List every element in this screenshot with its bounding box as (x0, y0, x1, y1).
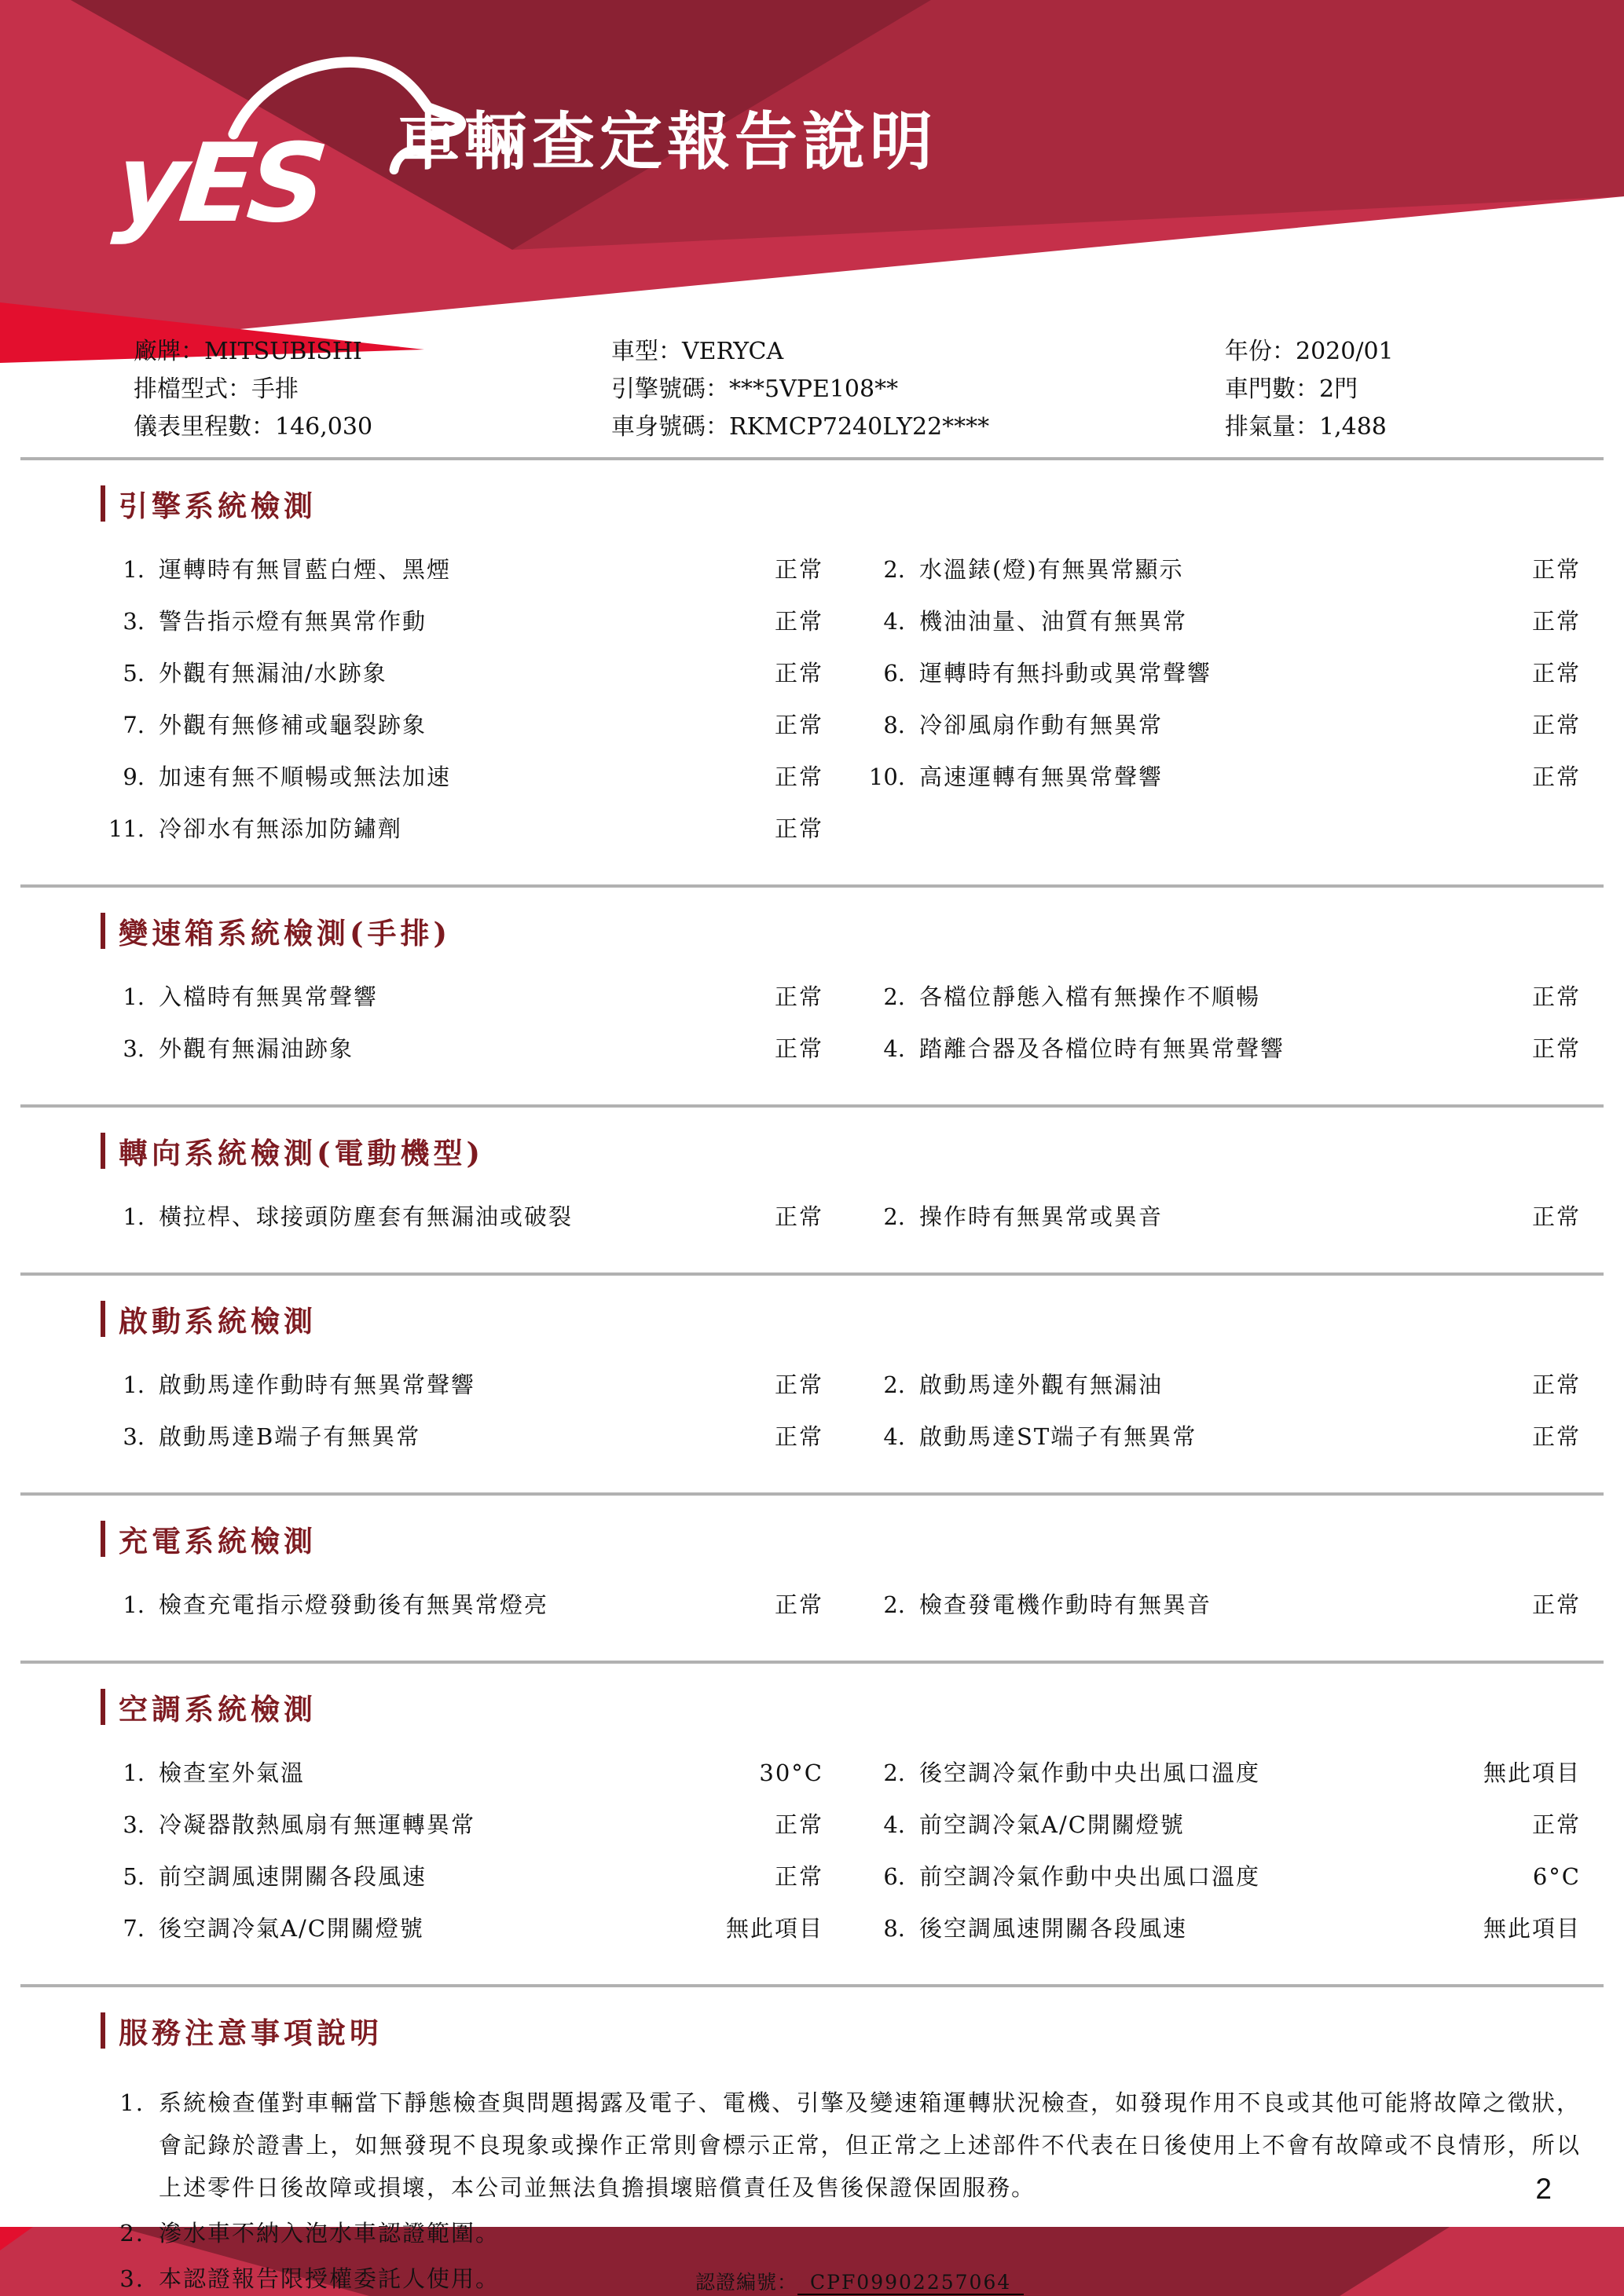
check-item-row: 1.入檔時有無異常聲響正常2.各檔位靜態入檔有無操作不順暢正常 (101, 982, 1581, 1012)
vehicle-info-value: VERYCA (682, 338, 783, 365)
item-text: 前空調風速開關各段風速 (145, 1862, 674, 1891)
section-title-row: 空調系統檢測 (101, 1686, 1581, 1728)
column-spacer (823, 982, 866, 1012)
item-status: 正常 (1477, 658, 1581, 688)
section-title: 引擎系統檢測 (119, 482, 317, 525)
item-text (905, 814, 1477, 844)
vehicle-info-label: 引擎號碼： (611, 375, 729, 403)
check-item-row: 5.前空調風速開關各段風速正常6.前空調冷氣作動中央出風口溫度6°C (101, 1862, 1581, 1891)
check-item-row: 7.後空調冷氣A/C開關燈號無此項目8.後空調風速開關各段風速無此項目 (101, 1913, 1581, 1943)
item-text: 操作時有無異常或異音 (905, 1202, 1477, 1232)
item-status: 無此項目 (1477, 1913, 1581, 1943)
service-notes-section: 服務注意事項說明 1.系統檢查僅對車輛當下靜態檢查與問題揭露及電子、電機、引擎及… (0, 2009, 1624, 2296)
check-item-row: 1.橫拉桿、球接頭防塵套有無漏油或破裂正常2.操作時有無異常或異音正常 (101, 1202, 1581, 1232)
item-status: 30°C (674, 1758, 823, 1788)
note-item: 1.系統檢查僅對車輛當下靜態檢查與問題揭露及電子、電機、引擎及變速箱運轉狀況檢查… (101, 2082, 1581, 2209)
item-status: 無此項目 (1477, 1758, 1581, 1788)
item-text: 機油油量、油質有無異常 (905, 606, 1477, 636)
item-number: 6. (866, 658, 905, 688)
vehicle-info-value: 2020/01 (1296, 338, 1394, 365)
check-section: 引擎系統檢測1.運轉時有無冒藍白煙、黑煙正常2.水溫錶(燈)有無異常顯示正常3.… (0, 482, 1624, 884)
item-text: 檢查發電機作動時有無異音 (905, 1590, 1477, 1620)
item-status: 6°C (1477, 1862, 1581, 1891)
item-status (1477, 814, 1581, 844)
note-number: 3. (101, 2258, 145, 2296)
item-number: 4. (866, 1810, 905, 1840)
note-text: 滲水車不納入泡水車認證範圍。 (159, 2220, 500, 2247)
item-status: 正常 (674, 762, 823, 792)
column-spacer (823, 555, 866, 584)
item-text: 後空調冷氣A/C開關燈號 (145, 1913, 674, 1943)
item-status: 正常 (674, 1370, 823, 1400)
logo-text: yES (111, 130, 326, 238)
section-title-row: 充電系統檢測 (101, 1518, 1581, 1560)
item-number: 2. (866, 1590, 905, 1620)
vehicle-info-label: 車型： (611, 338, 682, 365)
note-text: 系統檢查僅對車輛當下靜態檢查與問題揭露及電子、電機、引擎及變速箱運轉狀況檢查，如… (159, 2089, 1581, 2201)
item-number: 9. (101, 762, 145, 792)
item-number: 2. (866, 555, 905, 584)
vehicle-info-label: 排氣量： (1225, 413, 1319, 441)
item-number: 1. (101, 1370, 145, 1400)
item-status: 正常 (674, 982, 823, 1012)
item-number: 4. (866, 1034, 905, 1064)
item-text: 檢查充電指示燈發動後有無異常燈亮 (145, 1590, 674, 1620)
vehicle-info-value: 146,030 (275, 413, 372, 441)
item-text: 高速運轉有無異常聲響 (905, 762, 1477, 792)
item-text: 橫拉桿、球接頭防塵套有無漏油或破裂 (145, 1202, 674, 1232)
section-title: 服務注意事項說明 (119, 2009, 383, 2052)
item-status: 正常 (1477, 1422, 1581, 1452)
vehicle-info-field: 引擎號碼：***5VPE108** (611, 371, 1225, 408)
section-title-row: 引擎系統檢測 (101, 482, 1581, 525)
section-title-row: 啟動系統檢測 (101, 1298, 1581, 1340)
vehicle-info-field: 車門數：2門 (1225, 371, 1581, 408)
check-item-row: 9.加速有無不順暢或無法加速正常10.高速運轉有無異常聲響正常 (101, 762, 1581, 792)
inspection-report-page: yES 車輛查定報告說明 廠牌：MITSUBISHI車型：VERYCA年份：20… (0, 0, 1624, 2296)
check-item-row: 3.警告指示燈有無異常作動正常4.機油油量、油質有無異常正常 (101, 606, 1581, 636)
vehicle-info-value: 手排 (251, 375, 299, 403)
column-spacer (823, 1370, 866, 1400)
vehicle-info-label: 廠牌： (134, 338, 204, 365)
check-section: 轉向系統檢測(電動機型)1.橫拉桿、球接頭防塵套有無漏油或破裂正常2.操作時有無… (0, 1130, 1624, 1273)
notes-list: 1.系統檢查僅對車輛當下靜態檢查與問題揭露及電子、電機、引擎及變速箱運轉狀況檢查… (101, 2082, 1581, 2296)
section-title: 充電系統檢測 (119, 1518, 317, 1560)
item-number: 1. (101, 982, 145, 1012)
section-divider (20, 1984, 1604, 1987)
check-item-row: 5.外觀有無漏油/水跡象正常6.運轉時有無抖動或異常聲響正常 (101, 658, 1581, 688)
check-item-row: 1.檢查充電指示燈發動後有無異常燈亮正常2.檢查發電機作動時有無異音正常 (101, 1590, 1581, 1620)
item-status: 正常 (674, 1810, 823, 1840)
section-divider (20, 1104, 1604, 1108)
check-sections: 引擎系統檢測1.運轉時有無冒藍白煙、黑煙正常2.水溫錶(燈)有無異常顯示正常3.… (0, 457, 1624, 1984)
item-status: 正常 (674, 1590, 823, 1620)
vehicle-info-field: 儀表里程數：146,030 (134, 408, 611, 446)
item-status: 正常 (1477, 1034, 1581, 1064)
item-status: 正常 (674, 606, 823, 636)
section-title: 變速箱系統檢測(手排) (119, 910, 451, 952)
item-status: 正常 (1477, 710, 1581, 740)
item-number: 2. (866, 1758, 905, 1788)
item-text: 加速有無不順暢或無法加速 (145, 762, 674, 792)
item-text: 前空調冷氣作動中央出風口溫度 (905, 1862, 1477, 1891)
item-text: 運轉時有無冒藍白煙、黑煙 (145, 555, 674, 584)
vehicle-info-value: 2門 (1319, 375, 1358, 403)
item-text: 水溫錶(燈)有無異常顯示 (905, 555, 1477, 584)
column-spacer (823, 814, 866, 844)
check-section: 變速箱系統檢測(手排)1.入檔時有無異常聲響正常2.各檔位靜態入檔有無操作不順暢… (0, 910, 1624, 1104)
item-text: 前空調冷氣A/C開關燈號 (905, 1810, 1477, 1840)
check-section: 充電系統檢測1.檢查充電指示燈發動後有無異常燈亮正常2.檢查發電機作動時有無異音… (0, 1518, 1624, 1661)
item-text: 冷卻水有無添加防鏽劑 (145, 814, 674, 844)
item-text: 啟動馬達作動時有無異常聲響 (145, 1370, 674, 1400)
item-status: 正常 (1477, 762, 1581, 792)
item-text: 啟動馬達ST端子有無異常 (905, 1422, 1477, 1452)
item-number: 2. (866, 1370, 905, 1400)
item-text: 踏離合器及各檔位時有無異常聲響 (905, 1034, 1477, 1064)
section-divider (20, 1661, 1604, 1664)
item-status: 正常 (1477, 1202, 1581, 1232)
item-status: 正常 (1477, 555, 1581, 584)
item-status: 正常 (1477, 1810, 1581, 1840)
report-body: 廠牌：MITSUBISHI車型：VERYCA年份：2020/01排檔型式：手排引… (0, 0, 1624, 2296)
item-number: 6. (866, 1862, 905, 1891)
item-text: 入檔時有無異常聲響 (145, 982, 674, 1012)
check-item-row: 3.啟動馬達B端子有無異常正常4.啟動馬達ST端子有無異常正常 (101, 1422, 1581, 1452)
check-item-row: 1.檢查室外氣溫30°C2.後空調冷氣作動中央出風口溫度無此項目 (101, 1758, 1581, 1788)
column-spacer (823, 710, 866, 740)
check-item-row: 3.外觀有無漏油跡象正常4.踏離合器及各檔位時有無異常聲響正常 (101, 1034, 1581, 1064)
check-item-row: 1.運轉時有無冒藍白煙、黑煙正常2.水溫錶(燈)有無異常顯示正常 (101, 555, 1581, 584)
item-text: 檢查室外氣溫 (145, 1758, 674, 1788)
vehicle-info-field: 年份：2020/01 (1225, 333, 1581, 371)
section-title-row: 變速箱系統檢測(手排) (101, 910, 1581, 952)
column-spacer (823, 1862, 866, 1891)
item-number: 5. (101, 658, 145, 688)
item-text: 啟動馬達B端子有無異常 (145, 1422, 674, 1452)
item-number: 3. (101, 1810, 145, 1840)
check-item-row: 1.啟動馬達作動時有無異常聲響正常2.啟動馬達外觀有無漏油正常 (101, 1370, 1581, 1400)
yes-logo: yES (116, 55, 431, 232)
item-number: 4. (866, 1422, 905, 1452)
column-spacer (823, 1422, 866, 1452)
vehicle-info-label: 年份： (1225, 338, 1296, 365)
item-text: 後空調風速開關各段風速 (905, 1913, 1477, 1943)
section-title-bar (101, 913, 105, 949)
item-status: 正常 (674, 1202, 823, 1232)
item-status: 正常 (1477, 982, 1581, 1012)
item-status: 正常 (1477, 1370, 1581, 1400)
column-spacer (823, 1758, 866, 1788)
item-status: 無此項目 (674, 1913, 823, 1943)
item-status: 正常 (1477, 606, 1581, 636)
section-title-bar (101, 1689, 105, 1725)
item-status: 正常 (674, 1422, 823, 1452)
column-spacer (823, 1202, 866, 1232)
section-title-bar (101, 1521, 105, 1557)
section-divider (20, 457, 1604, 460)
item-number: 10. (866, 762, 905, 792)
item-number: 4. (866, 606, 905, 636)
item-number: 5. (101, 1862, 145, 1891)
section-title: 空調系統檢測 (119, 1686, 317, 1728)
column-spacer (823, 658, 866, 688)
check-item-row: 3.冷凝器散熱風扇有無運轉異常正常4.前空調冷氣A/C開關燈號正常 (101, 1810, 1581, 1840)
vehicle-info-value: RKMCP7240LY22**** (729, 413, 989, 441)
section-title-row: 轉向系統檢測(電動機型) (101, 1130, 1581, 1172)
item-text: 運轉時有無抖動或異常聲響 (905, 658, 1477, 688)
certification-number: CPF09902257064 (797, 2271, 1024, 2295)
item-number: 3. (101, 606, 145, 636)
vehicle-info-value: 1,488 (1319, 413, 1387, 441)
item-text: 冷凝器散熱風扇有無運轉異常 (145, 1810, 674, 1840)
item-number: 1. (101, 555, 145, 584)
item-status: 正常 (674, 555, 823, 584)
vehicle-info-value: MITSUBISHI (204, 338, 362, 365)
vehicle-info-field: 排檔型式：手排 (134, 371, 611, 408)
section-divider (20, 1273, 1604, 1276)
note-number: 2. (101, 2212, 145, 2254)
note-item: 3.本認證報告限授權委託人使用。認證編號：CPF09902257064 (101, 2258, 1581, 2296)
item-number: 3. (101, 1422, 145, 1452)
item-number: 1. (101, 1758, 145, 1788)
column-spacer (823, 606, 866, 636)
check-section: 啟動系統檢測1.啟動馬達作動時有無異常聲響正常2.啟動馬達外觀有無漏油正常3.啟… (0, 1298, 1624, 1492)
check-section: 空調系統檢測1.檢查室外氣溫30°C2.後空調冷氣作動中央出風口溫度無此項目3.… (0, 1686, 1624, 1984)
item-number: 7. (101, 1913, 145, 1943)
item-number: 8. (866, 1913, 905, 1943)
vehicle-info-label: 車門數： (1225, 375, 1319, 403)
item-number: 8. (866, 710, 905, 740)
section-title: 轉向系統檢測(電動機型) (119, 1130, 484, 1172)
item-text: 外觀有無漏油跡象 (145, 1034, 674, 1064)
item-status: 正常 (674, 1034, 823, 1064)
check-item-row: 7.外觀有無修補或龜裂跡象正常8.冷卻風扇作動有無異常正常 (101, 710, 1581, 740)
section-title: 啟動系統檢測 (119, 1298, 317, 1340)
vehicle-info-value: ***5VPE108** (729, 375, 898, 403)
item-text: 外觀有無漏油/水跡象 (145, 658, 674, 688)
vehicle-info-label: 車身號碼： (611, 413, 729, 441)
item-status: 正常 (674, 658, 823, 688)
vehicle-info-label: 儀表里程數： (134, 413, 275, 441)
note-text: 本認證報告限授權委託人使用。 (159, 2265, 500, 2292)
item-number: 1. (101, 1590, 145, 1620)
vehicle-info-section: 廠牌：MITSUBISHI車型：VERYCA年份：2020/01排檔型式：手排引… (134, 333, 1581, 446)
item-number: 11. (101, 814, 145, 844)
section-title-bar (101, 485, 105, 522)
page-title: 車輛查定報告說明 (397, 91, 937, 181)
certification-label: 認證編號： (695, 2271, 797, 2294)
item-text: 後空調冷氣作動中央出風口溫度 (905, 1758, 1477, 1788)
column-spacer (823, 762, 866, 792)
page-number: 2 (1535, 2173, 1552, 2206)
section-title-bar (101, 2012, 105, 2049)
item-text: 冷卻風扇作動有無異常 (905, 710, 1477, 740)
column-spacer (823, 1590, 866, 1620)
column-spacer (823, 1810, 866, 1840)
vehicle-info-field: 廠牌：MITSUBISHI (134, 333, 611, 371)
note-number: 1. (101, 2082, 145, 2124)
item-text: 啟動馬達外觀有無漏油 (905, 1370, 1477, 1400)
section-divider (20, 1492, 1604, 1496)
section-title-bar (101, 1301, 105, 1337)
item-number: 2. (866, 1202, 905, 1232)
item-status: 正常 (674, 814, 823, 844)
check-item-row: 11.冷卻水有無添加防鏽劑正常 (101, 814, 1581, 844)
item-number: 3. (101, 1034, 145, 1064)
item-number: 2. (866, 982, 905, 1012)
item-status: 正常 (674, 710, 823, 740)
column-spacer (823, 1034, 866, 1064)
vehicle-info-label: 排檔型式： (134, 375, 251, 403)
item-number: 1. (101, 1202, 145, 1232)
vehicle-info-field: 車型：VERYCA (611, 333, 1225, 371)
item-number (866, 814, 905, 844)
section-title-bar (101, 1133, 105, 1169)
vehicle-info-field: 車身號碼：RKMCP7240LY22**** (611, 408, 1225, 446)
column-spacer (823, 1913, 866, 1943)
section-divider (20, 884, 1604, 888)
item-text: 各檔位靜態入檔有無操作不順暢 (905, 982, 1477, 1012)
item-status: 正常 (674, 1862, 823, 1891)
item-text: 警告指示燈有無異常作動 (145, 606, 674, 636)
notes-title-row: 服務注意事項說明 (101, 2009, 1581, 2052)
vehicle-info-field: 排氣量：1,488 (1225, 408, 1581, 446)
item-number: 7. (101, 710, 145, 740)
certification-number-row: 認證編號：CPF09902257064 (695, 2270, 1024, 2295)
note-item: 2.滲水車不納入泡水車認證範圍。 (101, 2212, 1581, 2254)
item-text: 外觀有無修補或龜裂跡象 (145, 710, 674, 740)
item-status: 正常 (1477, 1590, 1581, 1620)
